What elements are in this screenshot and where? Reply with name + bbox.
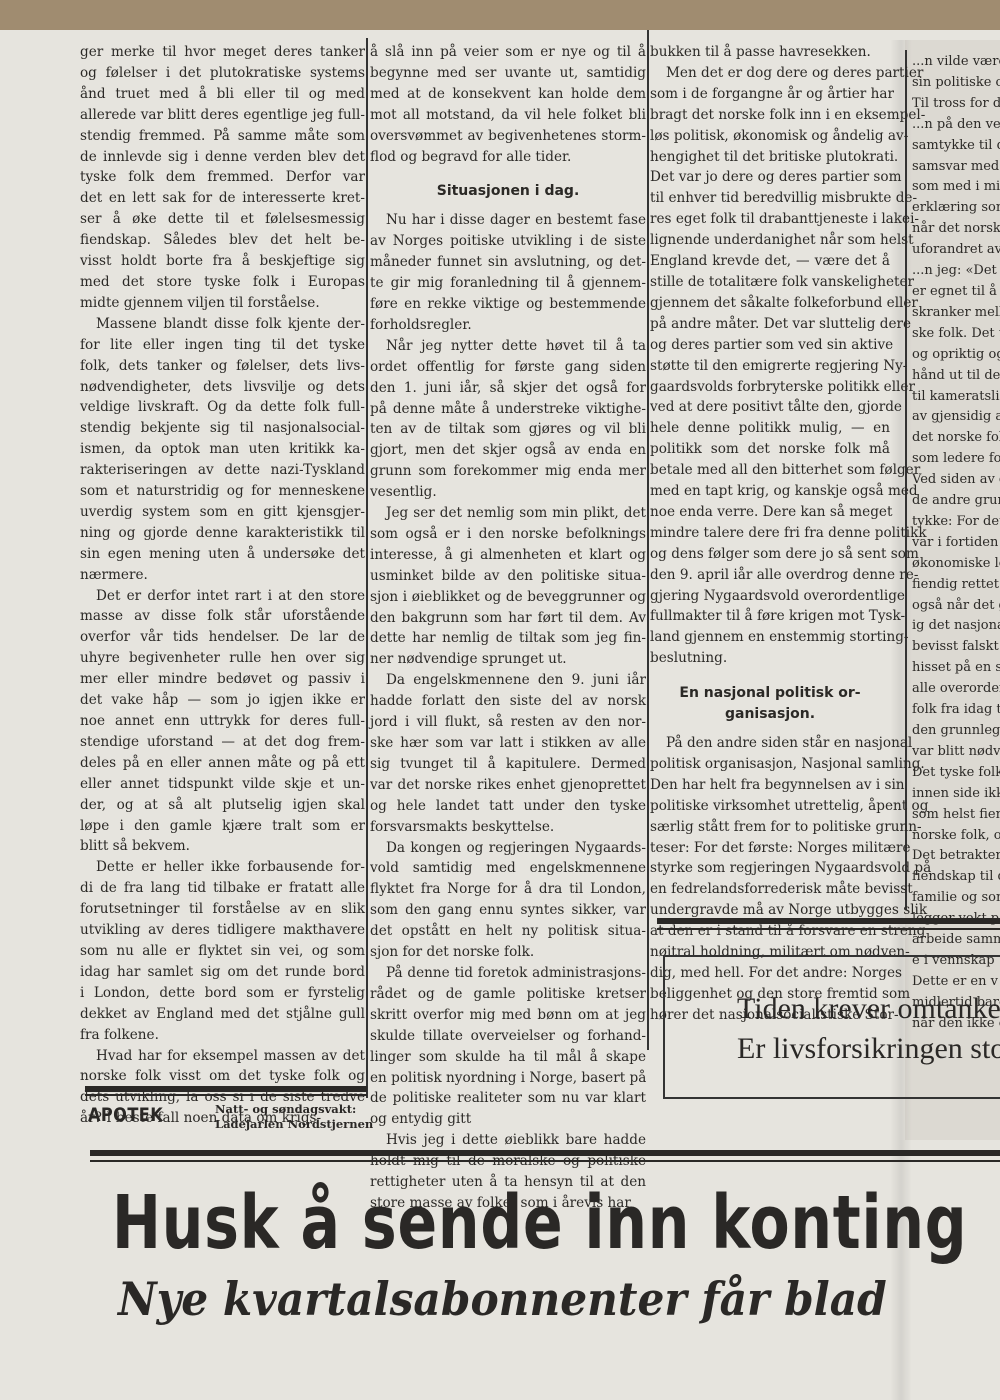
text-line: støtte til den emigrerte regjering Ny- — [650, 356, 890, 377]
text-line: var i fortiden gje — [912, 533, 1000, 554]
text-line: det en lett sak for de interesserte kret… — [80, 188, 365, 209]
text-line: særlig stått frem for to politiske grunn… — [650, 817, 890, 838]
ad-line: Tiden krever omtanke og f — [737, 992, 1000, 1026]
text-line: deles på en eller annen måte og på ett — [80, 753, 365, 774]
text-line: for lite eller ingen ting til det tyske — [80, 335, 365, 356]
text-line: forsvarsmakts beskyttelse. — [370, 817, 646, 838]
text-line: å slå inn på veier som er nye og til å — [370, 42, 646, 63]
text-line: var det norske rikes enhet gjenoprettet — [370, 775, 646, 796]
text-line: Det er derfor intet rart i at den store — [80, 586, 365, 607]
text-line: en fedrelandsforrederisk måte bevisst — [650, 879, 890, 900]
text-line: det opstått en helt ny politisk situa- — [370, 921, 646, 942]
text-line: bukken til å passe havresekken. — [650, 42, 890, 63]
text-line: politikk som det norske folk må — [650, 439, 890, 460]
apotek-info-line: Ladejarlen Nordstjernen — [215, 1117, 373, 1132]
text-line: fullmakter til å føre krigen mot Tysk- — [650, 606, 890, 627]
text-line: vold samtidig med engelskmennene — [370, 858, 646, 879]
ad-line: Er livsforsikringen sto — [737, 1032, 1000, 1066]
text-line: at den er i stand til å forsvare en stre… — [650, 921, 890, 942]
text-line: ning og gjorde denne karakteristikk til — [80, 523, 365, 544]
text-line: til enhver tid beredvillig misbrukte de- — [650, 188, 890, 209]
text-line: hadde forlatt den siste del av norsk — [370, 691, 646, 712]
paragraph: Da engelskmennene den 9. juni iårhadde f… — [370, 670, 646, 837]
text-line: sjon i øieblikket og de beveggrunner og — [370, 587, 646, 608]
text-line: som i de forgangne år og årtier har — [650, 84, 890, 105]
text-line: ske hær som var latt i stikken av alle — [370, 733, 646, 754]
text-line: gjort, men det skjer også av enda en — [370, 440, 646, 461]
banner-headline: Husk å sende inn konting — [112, 1180, 967, 1266]
text-line: samtykke til de u — [912, 136, 1000, 157]
paragraph: Massene blandt disse folk kjente der-for… — [80, 314, 365, 586]
text-line: Hvis jeg i dette øieblikk bare hadde — [370, 1130, 646, 1151]
section-divider — [90, 1150, 1000, 1156]
text-line: rådet og de gamle politiske kretser — [370, 984, 646, 1005]
text-line: økonomiske ledel — [912, 554, 1000, 575]
text-line: og dens følger som dere jo så sent som — [650, 544, 890, 565]
text-line: med en tapt krig, og kanskje også med — [650, 481, 890, 502]
text-line: Når jeg nytter dette høvet til å ta — [370, 336, 646, 357]
text-line: flyktet fra Norge for å dra til London, — [370, 879, 646, 900]
text-line: av Norges poitiske utvikling i de siste — [370, 231, 646, 252]
text-line: sjon for det norske folk. — [370, 942, 646, 963]
text-line: med at de konsekvent kan holde dem — [370, 84, 646, 105]
text-line: eller annet tidspunkt vilde skje et un- — [80, 774, 365, 795]
section-divider — [85, 1094, 367, 1096]
text-line: gaardsvolds forbryterske politikk eller — [650, 377, 890, 398]
section-subheading: Situasjonen i dag. — [370, 181, 646, 202]
text-line: var blitt nødven — [912, 742, 1000, 763]
text-line: utvikling av deres tidligere makthavere — [80, 920, 365, 941]
text-line: styrke som regjeringen Nygaardsvold på — [650, 858, 890, 879]
paragraph: å slå inn på veier som er nye og til åbe… — [370, 42, 646, 167]
text-line: linger som skulde ha til mål å skape — [370, 1047, 646, 1068]
text-line: fiendig rettet mot — [912, 575, 1000, 596]
text-line: hengighet til det britiske plutokrati. — [650, 147, 890, 168]
text-line: res eget folk til drabanttjeneste i lake… — [650, 209, 890, 230]
text-line: overfor vår tids hendelser. De lar de — [80, 627, 365, 648]
text-line: de innlevde sig i denne verden blev det — [80, 147, 365, 168]
text-line: på denne måte å understreke viktighe- — [370, 399, 646, 420]
text-line: i London, dette bord som er fyrstelig — [80, 983, 365, 1004]
text-line: stille de totalitære folk vanskeligheter — [650, 272, 890, 293]
text-line: løs politisk, økonomisk og åndelig av- — [650, 126, 890, 147]
text-line: Det tyske folk — [912, 763, 1000, 784]
text-line: usminket bilde av den politiske situa- — [370, 566, 646, 587]
text-line: masse av disse folk står uforstående — [80, 606, 365, 627]
section-divider — [657, 928, 1000, 930]
apotek-info: Natt- og søndagsvakt: Ladejarlen Nordstj… — [215, 1102, 373, 1132]
text-line: noe enda verre. Dere kan så meget — [650, 502, 890, 523]
text-line: mer eller mindre bedøvet og passiv i — [80, 669, 365, 690]
text-line: forutsetninger til forståelse av en slik — [80, 899, 365, 920]
text-line: den grunnleggend — [912, 721, 1000, 742]
text-line: ig det nasjonals — [912, 616, 1000, 637]
column-rule — [366, 38, 368, 1098]
text-line: vesentlig. — [370, 482, 646, 503]
text-line: fra folkene. — [80, 1025, 365, 1046]
text-line: betale med all den bitterhet som følger — [650, 460, 890, 481]
section-divider — [85, 1086, 367, 1092]
text-line: uverdig system som en gitt kjensgjer- — [80, 502, 365, 523]
paragraph: På denne tid foretok administrasjons-råd… — [370, 963, 646, 1130]
text-line: på andre måter. Det var sluttelig dere — [650, 314, 890, 335]
text-line: gjennem det såkalte folkeforbund eller — [650, 293, 890, 314]
section-subheading: En nasjonal politisk or-ganisasjon. — [650, 683, 890, 725]
text-line: Ved siden av d — [912, 470, 1000, 491]
text-line: forholdsregler. — [370, 315, 646, 336]
paragraph: bukken til å passe havresekken. — [650, 42, 890, 63]
section-divider — [657, 918, 1000, 924]
advertisement-box — [663, 955, 1000, 1099]
text-line: jord i vill flukt, så resten av den nor- — [370, 712, 646, 733]
text-line: ...n vilde være uan — [912, 52, 1000, 73]
text-line: og hele landet tatt under den tyske — [370, 796, 646, 817]
text-line: Massene blandt disse folk kjente der- — [80, 314, 365, 335]
column-rule — [905, 50, 907, 910]
column-rule — [647, 30, 649, 1050]
paragraph: Da kongen og regjeringen Nygaards-vold s… — [370, 838, 646, 963]
text-line: og deres partier som ved sin aktive — [650, 335, 890, 356]
text-line: Men det er dog dere og deres partier — [650, 63, 890, 84]
text-line: bragt det norske folk inn i en eksempel- — [650, 105, 890, 126]
banner-subheadline: Nye kvartalsabonnenter får blad — [118, 1272, 887, 1326]
text-line: alle overordentl — [912, 679, 1000, 700]
text-line: norske folk, og h — [912, 826, 1000, 847]
text-line: ser å øke dette til et følelsesmessig — [80, 209, 365, 230]
text-line: sig tvunget til å kapitulere. Dermed — [370, 754, 646, 775]
paragraph: ger merke til hvor meget deres tankerog … — [80, 42, 365, 314]
text-line: fiendskap til der — [912, 867, 1000, 888]
text-line: stendig bekjente sig til nasjonalsocial- — [80, 418, 365, 439]
text-line: tyske folk dem fremmed. Derfor var — [80, 167, 365, 188]
text-line: mindre talere dere fri fra denne politik… — [650, 523, 890, 544]
text-line: som den gang ennu syntes sikker, var — [370, 900, 646, 921]
text-line: norske folk visst om det tyske folk og — [80, 1066, 365, 1087]
text-line: ger merke til hvor meget deres tanker — [80, 42, 365, 63]
text-line: de andre grunne — [912, 491, 1000, 512]
text-line: som et naturstridig og for menneskene — [80, 481, 365, 502]
text-line: land gjennem en enstemmig storting- — [650, 627, 890, 648]
text-line: når det norske fo — [912, 219, 1000, 240]
text-line: blitt så bekvem. — [80, 836, 365, 857]
apotek-label: APOTEK — [88, 1104, 163, 1126]
text-line: en politisk nyordning i Norge, basert på — [370, 1068, 646, 1089]
text-line: visst holdt borte fra å beskjeftige sig — [80, 251, 365, 272]
paragraph: Det er derfor intet rart i at den storem… — [80, 586, 365, 858]
text-line: til kameratslig sa — [912, 387, 1000, 408]
text-line: gjering Nygaardsvold overordentlige — [650, 586, 890, 607]
text-line: midte gjennem viljen til forståelse. — [80, 293, 365, 314]
text-line: stendige uforstand — at det dog frem- — [80, 732, 365, 753]
text-line: Da kongen og regjeringen Nygaards- — [370, 838, 646, 859]
text-line: samsvar med de — [912, 157, 1000, 178]
text-line: ånd truet med å bli eller til og med — [80, 84, 365, 105]
text-line: hånd ut til det n — [912, 366, 1000, 387]
text-line: Nu har i disse dager en bestemt fase — [370, 210, 646, 231]
text-line: beslutning. — [650, 648, 890, 669]
text-line: oversvømmet av begivenhetenes storm- — [370, 126, 646, 147]
text-line: ved at dere positivt tålte den, gjorde — [650, 397, 890, 418]
article-column-2: å slå inn på veier som er nye og til åbe… — [370, 42, 646, 1214]
paragraph: Jeg ser det nemlig som min plikt, detsom… — [370, 503, 646, 670]
text-line: som ledere forstå — [912, 449, 1000, 470]
text-line: folk fra idag til — [912, 700, 1000, 721]
text-line: den bakgrunn som har ført til dem. Av — [370, 608, 646, 629]
text-line: interesse, å gi almenheten et klart og — [370, 545, 646, 566]
text-line: med det store tyske folk i Europas — [80, 272, 365, 293]
text-line: På denne tid foretok administrasjons- — [370, 963, 646, 984]
text-line: politiske virksomhet utrettelig, åpent o… — [650, 796, 890, 817]
text-line: de politiske realiteter som nu var klart — [370, 1088, 646, 1109]
text-line: det vake håp — som jo igjen ikke er — [80, 690, 365, 711]
paragraph: Dette er heller ikke forbausende for-di … — [80, 857, 365, 1045]
text-line: nødvendigheter, dets livsvilje og dets — [80, 377, 365, 398]
text-line: ...n på den veien, — [912, 115, 1000, 136]
text-line: begynne med ser uvante ut, samtidig — [370, 63, 646, 84]
article-column-4-folded: ...n vilde være uansin politiske ogTil t… — [912, 52, 1000, 1035]
apotek-info-line: Natt- og søndagsvakt: — [215, 1102, 373, 1117]
text-line: di de fra lang tid tilbake er fratatt al… — [80, 878, 365, 899]
text-line: og følelser i det plutokratiske systems — [80, 63, 365, 84]
text-line: ismen, da optok man uten kritikk ka- — [80, 439, 365, 460]
text-line: også når det gja — [912, 596, 1000, 617]
article-column-3: bukken til å passe havresekken.Men det e… — [650, 42, 890, 1026]
text-line: bevisst falskt und — [912, 637, 1000, 658]
text-line: det norske folk s — [912, 428, 1000, 449]
text-line: er egnet til å o — [912, 282, 1000, 303]
text-line: dekket av England med det stjålne gull — [80, 1004, 365, 1025]
text-line: av gjensidig aktel — [912, 407, 1000, 428]
text-line: skulde tillate overveielser og forhand- — [370, 1026, 646, 1047]
text-line: skranker mellem — [912, 303, 1000, 324]
paragraph: Nu har i disse dager en bestemt faseav N… — [370, 210, 646, 335]
text-line: England krevde det, — være det å — [650, 251, 890, 272]
text-line: rakteriseringen av dette nazi-Tyskland — [80, 460, 365, 481]
text-line: ner nødvendige sprunget ut. — [370, 649, 646, 670]
paragraph: Når jeg nytter dette høvet til å taordet… — [370, 336, 646, 503]
text-line: som helst fiendt — [912, 805, 1000, 826]
text-line: folk, dets tanker og følelser, dets livs… — [80, 356, 365, 377]
text-line: uforandret av mig — [912, 240, 1000, 261]
text-line: ten av de tiltak som gjøres og vil bli — [370, 419, 646, 440]
text-line: grunn som forekommer mig enda mer — [370, 461, 646, 482]
text-line: idag har samlet sig om det runde bord — [80, 962, 365, 983]
text-line: og entydig gitt — [370, 1109, 646, 1130]
text-line: Jeg ser det nemlig som min plikt, det — [370, 503, 646, 524]
text-line: flod og begravd for alle tider. — [370, 147, 646, 168]
text-line: Da engelskmennene den 9. juni iår — [370, 670, 646, 691]
text-line: lignende underdanighet når som helst — [650, 230, 890, 251]
text-line: løpe i den gamle kjære tralt som er — [80, 816, 365, 837]
text-line: hele denne politikk mulig, — en — [650, 418, 890, 439]
text-line: te gir mig foranledning til å gjennem- — [370, 273, 646, 294]
text-line: stendig fremmed. På samme måte som — [80, 126, 365, 147]
section-divider — [90, 1160, 1000, 1162]
text-line: På den andre siden står en nasjonal — [650, 733, 890, 754]
text-line: tykke: For det f — [912, 512, 1000, 533]
text-line: som også er i den norske befolknings — [370, 524, 646, 545]
text-line: Det betrakter si — [912, 846, 1000, 867]
text-line: allerede var blitt deres egentlige jeg f… — [80, 105, 365, 126]
text-line: fiendskap. Således blev det helt be- — [80, 230, 365, 251]
text-line: nærmere. — [80, 565, 365, 586]
text-line: der, og at så alt plutselig igjen skal — [80, 795, 365, 816]
text-line: noe annet enn uttrykk for deres full- — [80, 711, 365, 732]
text-line: teser: For det første: Norges militære — [650, 838, 890, 859]
text-line: Hvad har for eksempel massen av det — [80, 1046, 365, 1067]
text-line: som nu alle er flyktet sin vei, og som — [80, 941, 365, 962]
text-line: måneder funnet sin avslutning, og det- — [370, 252, 646, 273]
text-line: den 1. juni iår, så skjer det også for — [370, 378, 646, 399]
text-line: ske folk. Det tys — [912, 324, 1000, 345]
text-line: og opriktig og ute — [912, 345, 1000, 366]
text-line: politisk organisasjon, Nasjonal samling. — [650, 754, 890, 775]
text-line: dette har nemlig de tiltak som jeg fin- — [370, 628, 646, 649]
text-line: sin egen mening uten å undersøke det — [80, 544, 365, 565]
text-line: mot all motstand, da vil hele folket bli — [370, 105, 646, 126]
text-line: veldige livskraft. Og da dette folk full… — [80, 397, 365, 418]
text-line: ordet offentlig for første gang siden — [370, 357, 646, 378]
text-line: hisset på en sl — [912, 658, 1000, 679]
text-line: Til tross for de — [912, 94, 1000, 115]
article-column-1: ger merke til hvor meget deres tankerog … — [80, 42, 365, 1129]
text-line: erklæring som for — [912, 198, 1000, 219]
text-line: føre en rekke viktige og bestemmende — [370, 294, 646, 315]
text-line: Dette er heller ikke forbausende for- — [80, 857, 365, 878]
text-line: uhyre begivenheter rulle hen over sig — [80, 648, 365, 669]
text-line: sin politiske og — [912, 73, 1000, 94]
text-line: arbeide sammen — [912, 930, 1000, 951]
paragraph: Men det er dog dere og deres partiersom … — [650, 63, 890, 669]
text-line: Den har helt fra begynnelsen av i sin — [650, 775, 890, 796]
text-line: familie og som — [912, 888, 1000, 909]
text-line: skritt overfor mig med bønn om at jeg — [370, 1005, 646, 1026]
text-line: Det var jo dere og deres partier som — [650, 167, 890, 188]
text-line: som med i min tr — [912, 177, 1000, 198]
text-line: innen side ikke — [912, 784, 1000, 805]
text-line: ...n jeg: «Det finne — [912, 261, 1000, 282]
text-line: den 9. april iår alle overdrog denne re- — [650, 565, 890, 586]
